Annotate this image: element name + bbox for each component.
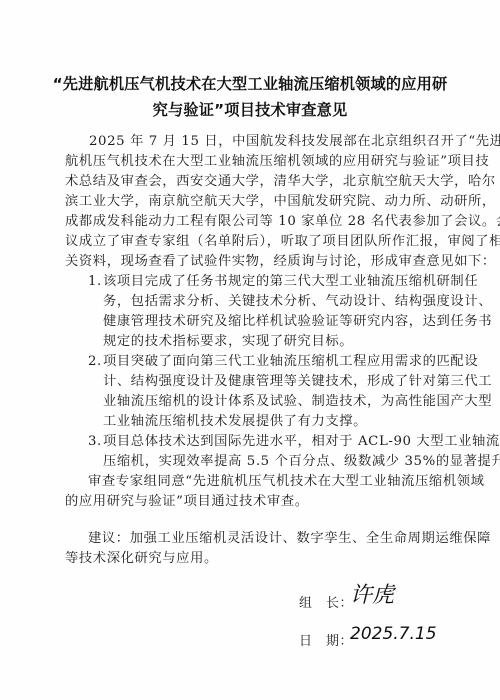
item-line: 健康管理技术研究及缩比样机试验验证等研究内容，达到任务书 xyxy=(103,314,492,330)
item-line: 该项目完成了任务书规定的第三代大型工业轴流压缩机研制任 xyxy=(103,274,478,290)
item-line: 项目突破了面向第三代工业轴流压缩机工程应用需求的匹配设 xyxy=(103,354,478,370)
date-signature: 2025.7.15 xyxy=(350,624,437,644)
item-number: 2. xyxy=(88,354,102,370)
leader-label: 组 长： xyxy=(299,592,353,611)
intro-line: 术总结及审查会，西安交通大学，清华大学，北京航空航天大学，哈尔 xyxy=(65,174,496,190)
intro-line: 2025 年 7 月 15 日，中国航发科技发展部在北京组织召开了“先进 xyxy=(89,134,500,150)
item-number: 3. xyxy=(88,434,102,450)
conclusion-line: 的应用研究与验证”项目通过技术审查。 xyxy=(65,494,309,510)
item-line: 务，包括需求分析、关键技术分析、气动设计、结构强度设计、 xyxy=(103,294,492,310)
suggestion-line: 建议：加强工业压缩机灵活设计、数字孪生、全生命周期运维保障 xyxy=(88,531,491,547)
document-page: “先进航机压气机技术在大型工业轴流压缩机领域的应用研 究与验证”项目技术审查意见… xyxy=(0,0,500,700)
intro-line: 关资料，现场查看了试验件实物，经质询与讨论，形成审查意见如下： xyxy=(65,254,496,270)
item-number: 1. xyxy=(88,274,102,290)
intro-line: 成都成发科能动力工程有限公司等 10 家单位 28 名代表参加了会议。会 xyxy=(65,214,500,230)
suggestion-line: 等技术深化研究与应用。 xyxy=(65,551,218,567)
item-line: 工业轴流压缩机技术发展提供了有力支撑。 xyxy=(103,414,367,430)
intro-line: 滨工业大学，南京航空航天大学，中国航发研究院、动力所、动研所， xyxy=(65,194,496,210)
item-line: 业轴流压缩机的设计体系及试验、制造技术，为高性能国产大型 xyxy=(103,394,492,410)
intro-line: 航机压气机技术在大型工业轴流压缩机领域的应用研究与验证”项目技 xyxy=(65,154,489,170)
item-line: 项目总体技术达到国际先进水平，相对于 ACL-90 大型工业轴流 xyxy=(103,434,500,450)
document-title-line-2: 究与验证”项目技术审查意见 xyxy=(0,99,500,120)
leader-signature: 许虎 xyxy=(350,578,394,609)
conclusion-line: 审查专家组同意“先进航机压气机技术在大型工业轴流压缩机领域 xyxy=(88,474,485,490)
item-line: 压缩机，实现效率提高 5.5 个百分点、级数减少 35%的显著提升。 xyxy=(103,454,500,470)
document-title-line-1: “先进航机压气机技术在大型工业轴流压缩机领域的应用研 xyxy=(0,73,500,94)
date-label: 日 期： xyxy=(299,630,353,649)
item-line: 规定的技术指标要求，实现了研究目标。 xyxy=(103,334,353,350)
intro-line: 议成立了审查专家组（名单附后），听取了项目团队所作汇报，审阅了相 xyxy=(65,234,500,250)
item-line: 计、结构强度设计及健康管理等关键技术，形成了针对第三代工 xyxy=(103,374,492,390)
